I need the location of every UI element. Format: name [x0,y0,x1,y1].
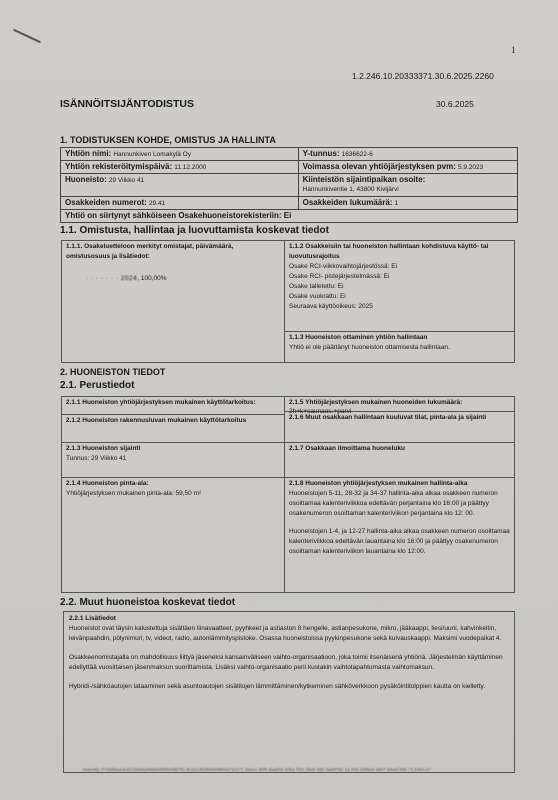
additional-info-para-2: Osakkeenomistajalla on mahdollisuus liit… [69,653,509,673]
cell-2-1-8: 2.1.8 Huoneiston yhtiöjärjestyksen mukai… [284,477,515,559]
share-count: 1 [395,200,399,207]
section-2-2-heading: 2.2. Muut huoneistoa koskevat tiedot [60,597,235,608]
cell-2-1-4: 2.1.4 Huoneiston pinta-ala: Yhtiöjärjest… [61,477,284,501]
articles-date: 5.9.2023 [458,164,483,171]
apartment-location: Tunnus: 29 Viikko 41 [66,454,279,464]
additional-info-title: 2.2.1 Lisätiedot [69,614,509,624]
section-1-heading: 1. TODISTUKSEN KOHDE, OMISTUS JA HALLINT… [60,135,276,145]
apartment-cell: Huoneisto: 29 Viikko 41 [61,174,299,197]
restrictions-title: 1.1.2 Osakkeisiin tai huoneiston hallint… [289,242,510,262]
section-2-1-heading: 2.1. Perustiedot [60,380,134,391]
document-title: ISÄNNÖITSIJÄNTODISTUS [60,98,194,110]
restriction-item: Osake RCI- pistejärjestelmässä: Ei [289,272,510,282]
restriction-item: Osake vuokrattu: Ei [289,292,510,302]
additional-info-para-1: Huoneistot ovat täysin kalustettuja sisä… [69,624,509,644]
registration-date-cell: Yhtiön rekisteröitymispäivä: 11.12.2000 [61,161,299,174]
pen-mark [13,29,41,43]
cell-2-1-6: 2.1.6 Muut osakkaan hallintaan kuuluvat … [284,411,515,425]
section-2-heading: 2. HUONEISTON TIEDOT [60,367,165,377]
page-number: 1 [511,45,516,55]
additional-info-para-3: Hybridi-/sähköautojen lataaminen sekä as… [69,682,509,692]
document-id: 1.2.246.10.20333371.30.6.2025.2260 [352,71,494,81]
apartment-area: Yhtiöjärjestyksen mukainen pinta-ala: 59… [66,489,279,499]
property-address: Hannunkiventie 1, 43800 Kivijärvi [303,186,513,193]
share-numbers: 29.41 [149,200,165,207]
document-date: 30.6.2025 [436,99,474,109]
restrictions-cell: 1.1.2 Osakkeisiin tai huoneiston hallint… [284,240,515,314]
additional-info-box: 2.2.1 Lisätiedot Huoneistot ovat täysin … [63,611,515,773]
owner-entry: · · · · · · · 2024, 100,00% [66,274,279,284]
cell-2-1-2: 2.1.2 Huoneiston rakennusluvan mukainen … [61,414,284,428]
restriction-item: Osake talletettu: Ei [289,282,510,292]
document-page: 1 1.2.246.10.20333371.30.6.2025.2260 ISÄ… [0,0,558,800]
possession-time-1: Huoneistojen 5-11, 28-32 ja 34-37 hallin… [289,489,510,519]
articles-date-cell: Voimassa olevan yhtiöjärjestyksen pvm: 5… [298,161,517,174]
share-numbers-cell: Osakkeiden numerot: 29.41 [61,197,299,210]
registration-date: 11.12.2000 [174,164,206,171]
signature-hash: Assently: 07a56baa3cd2158a6a48a0d49f0e0d… [82,767,492,772]
business-id-cell: Y-tunnus: 1636622-6 [298,148,517,161]
possession-time-2: Huoneistojen 1-4, ja 12-27 hallinta-aika… [289,527,510,557]
owners-title: 1.1.1. Osakeluetteloon merkityt omistaja… [66,243,233,260]
takeover-cell: 1.1.3 Huoneiston ottaminen yhtiön hallin… [284,331,515,355]
takeover-text: Yhtiö ei ole päättänyt huoneiston ottami… [289,343,510,353]
cell-2-1-3: 2.1.3 Huoneiston sijainti Tunnus: 29 Vii… [61,442,284,466]
company-info-table: Yhtiön nimi: Hannunkiven Lomakylä Oy Y-t… [60,147,518,223]
business-id: 1636622-6 [342,151,373,158]
restriction-item: Osake RCI-viikkovaihtojärjestössä: Ei [289,262,510,272]
restriction-item: Seuraava käyttöoikeus: 2025 [289,302,510,312]
electronic-register: Yhtiö on siirtynyt sähköiseen Osakehuone… [61,210,518,223]
share-count-cell: Osakkeiden lukumäärä: 1 [298,197,517,210]
apartment: 29 Viikko 41 [109,177,144,184]
cell-2-1-7: 2.1.7 Osakkaan ilmoittama huoneluku [284,442,515,456]
company-name: Hannunkiven Lomakylä Oy [113,151,191,158]
owners-cell: 1.1.1. Osakeluetteloon merkityt omistaja… [61,240,284,286]
company-name-cell: Yhtiön nimi: Hannunkiven Lomakylä Oy [61,148,299,161]
property-address-cell: Kiinteistön sijaintipaikan osoite: Hannu… [298,174,517,197]
cell-2-1-1: 2.1.1 Huoneiston yhtiöjärjestyksen mukai… [61,396,284,409]
section-1-1-heading: 1.1. Omistusta, hallintaa ja luovuttamis… [60,225,329,236]
takeover-title: 1.1.3 Huoneiston ottaminen yhtiön hallin… [289,333,510,343]
